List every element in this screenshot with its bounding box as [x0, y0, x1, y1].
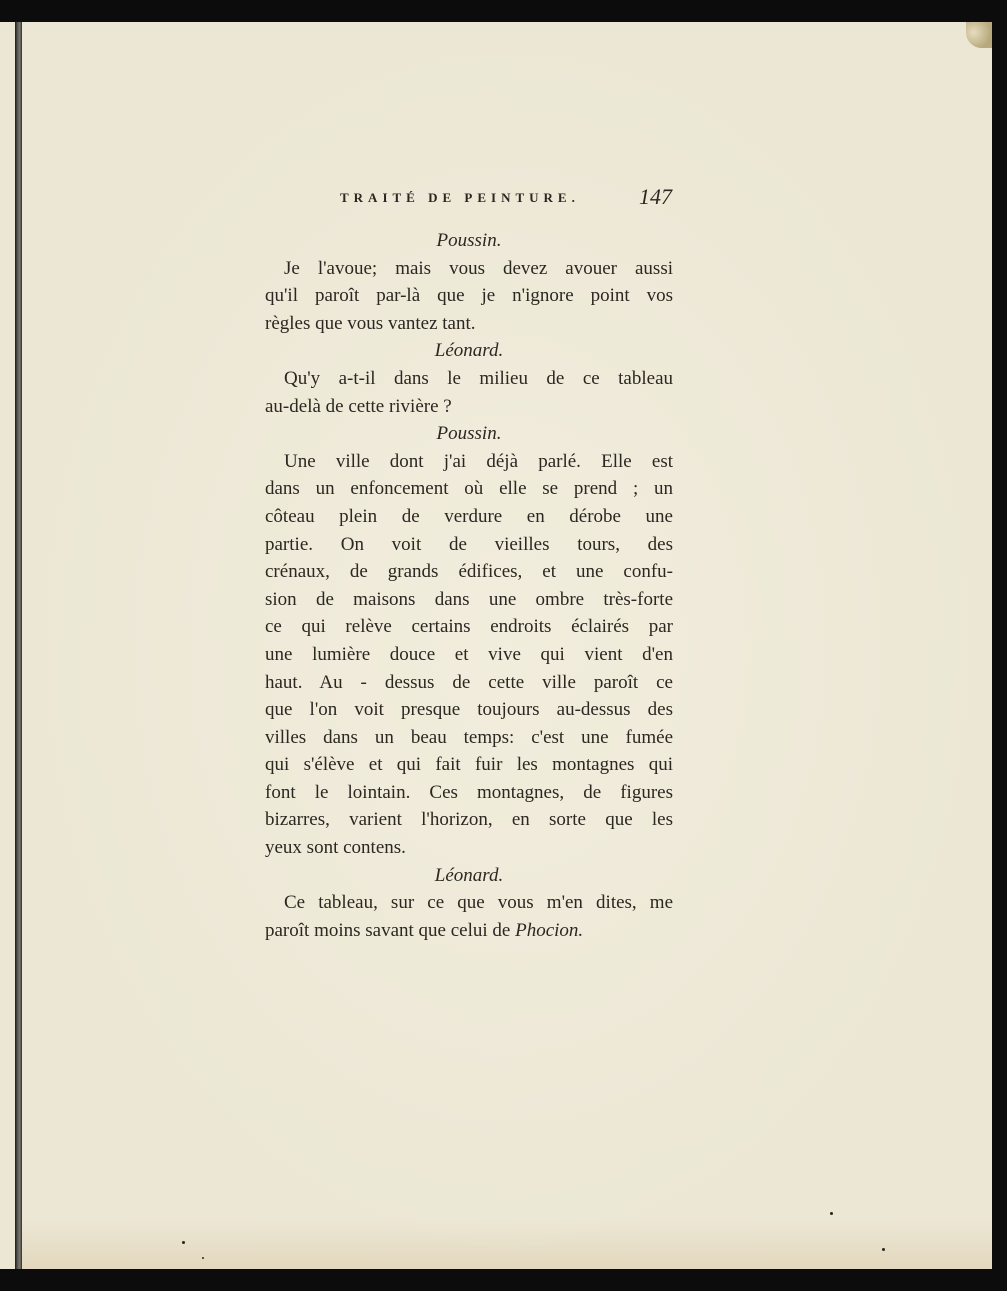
speaker-label: Léonard. — [265, 862, 673, 890]
text-line: ce qui relève certains endroits éclairés… — [265, 613, 673, 641]
text-line: sion de maisons dans une ombre très-fort… — [265, 586, 673, 614]
text-line: partie. On voit de vieilles tours, des — [265, 531, 673, 559]
text-line: que l'on voit presque toujours au-dessus… — [265, 696, 673, 724]
text-line: Une ville dont j'ai déjà parlé. Elle est — [265, 448, 673, 476]
text-line: Je l'avoue; mais vous devez avouer aussi — [265, 255, 673, 283]
text-line: haut. Au - dessus de cette ville paroît … — [265, 669, 673, 697]
text-line: villes dans un beau temps: c'est une fum… — [265, 724, 673, 752]
text-line: paroît moins savant que celui de Phocion… — [265, 917, 673, 945]
italic-name: Phocion. — [515, 920, 583, 941]
text-line: qu'il paroît par-là que je n'ignore poin… — [265, 282, 673, 310]
text-line: Qu'y a-t-il dans le milieu de ce tableau — [265, 365, 673, 393]
text-line: au-delà de cette rivière ? — [265, 393, 673, 421]
paper-speck — [182, 1241, 185, 1244]
text-line: règles que vous vantez tant. — [265, 310, 673, 338]
previous-page-edge — [0, 22, 16, 1269]
running-head: TRAITÉ DE PEINTURE. — [340, 190, 680, 206]
dialogue-text: Poussin. Je l'avoue; mais vous devez avo… — [265, 227, 673, 944]
text-line: une lumière douce et vive qui vient d'en — [265, 641, 673, 669]
paper-speck — [882, 1248, 885, 1251]
text-line: dans un enfoncement où elle se prend ; u… — [265, 475, 673, 503]
page-number: 147 — [639, 184, 672, 210]
text-line: font le lointain. Ces montagnes, de figu… — [265, 779, 673, 807]
speaker-label: Poussin. — [265, 227, 673, 255]
folded-corner — [966, 22, 992, 48]
text-line: qui s'élève et qui fait fuir les montagn… — [265, 751, 673, 779]
speaker-label: Léonard. — [265, 337, 673, 365]
book-gutter — [15, 22, 22, 1269]
text-line: yeux sont contens. — [265, 834, 673, 862]
paper-speck — [202, 1257, 204, 1259]
text-line: crénaux, de grands édifices, et une conf… — [265, 558, 673, 586]
text-span: paroît moins savant que celui de — [265, 920, 510, 941]
text-line: bizarres, varient l'horizon, en sorte qu… — [265, 806, 673, 834]
book-page: TRAITÉ DE PEINTURE. 147 Poussin. Je l'av… — [22, 22, 992, 1269]
paper-speck — [830, 1212, 833, 1215]
text-line: Ce tableau, sur ce que vous m'en dites, … — [265, 889, 673, 917]
speaker-label: Poussin. — [265, 420, 673, 448]
text-line: côteau plein de verdure en dérobe une — [265, 503, 673, 531]
